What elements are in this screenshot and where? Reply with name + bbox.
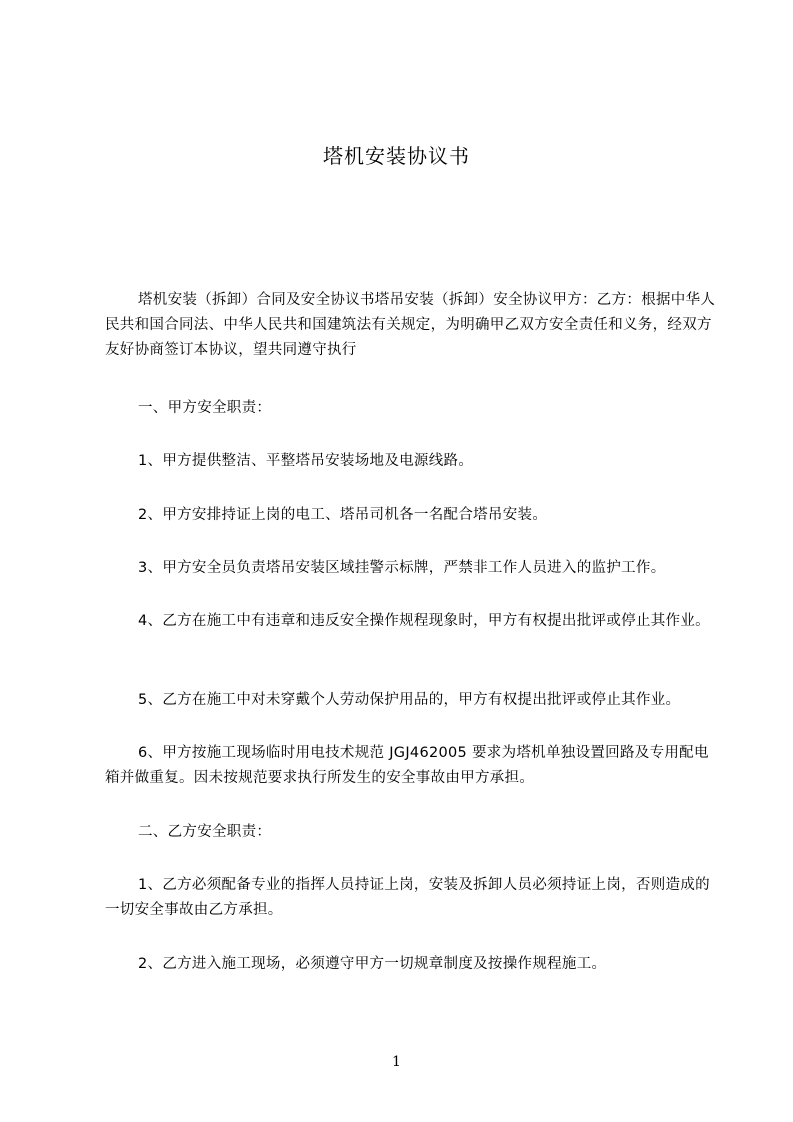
- section-2-item-1: 1、乙方必须配备专业的指挥人员持证上岗，安装及拆卸人员必须持证上岗，否则造成的一…: [105, 873, 717, 923]
- page-number: 1: [0, 1054, 793, 1070]
- section-2-item-2: 2、乙方进入施工现场，必须遵守甲方一切规章制度及按操作规程施工。: [105, 952, 717, 977]
- section-1-item-5: 5、乙方在施工中对未穿戴个人劳动保护用品的，甲方有权提出批评或停止其作业。: [105, 688, 717, 713]
- section-1-item-3: 3、甲方安全员负责塔吊安装区域挂警示标牌，严禁非工作人员进入的监护工作。: [105, 556, 717, 581]
- section-1-heading: 一、甲方安全职责：: [105, 396, 717, 421]
- intro-paragraph: 塔机安装（拆卸）合同及安全协议书塔吊安装（拆卸）安全协议甲方：乙方：根据中华人民…: [105, 288, 717, 363]
- section-1-item-6: 6、甲方按施工现场临时用电技术规范 JGJ462005 要求为塔机单独设置回路及…: [105, 741, 717, 791]
- section-2-heading: 二、乙方安全职责：: [105, 820, 717, 845]
- document-page: 塔机安装协议书 塔机安装（拆卸）合同及安全协议书塔吊安装（拆卸）安全协议甲方：乙…: [0, 0, 793, 1122]
- section-1-item-1: 1、甲方提供整洁、平整塔吊安装场地及电源线路。: [105, 449, 717, 474]
- section-1-item-2: 2、甲方安排持证上岗的电工、塔吊司机各一名配合塔吊安装。: [105, 503, 717, 528]
- document-title: 塔机安装协议书: [0, 142, 793, 170]
- section-1-item-4: 4、乙方在施工中有违章和违反安全操作规程现象时，甲方有权提出批评或停止其作业。: [105, 609, 717, 634]
